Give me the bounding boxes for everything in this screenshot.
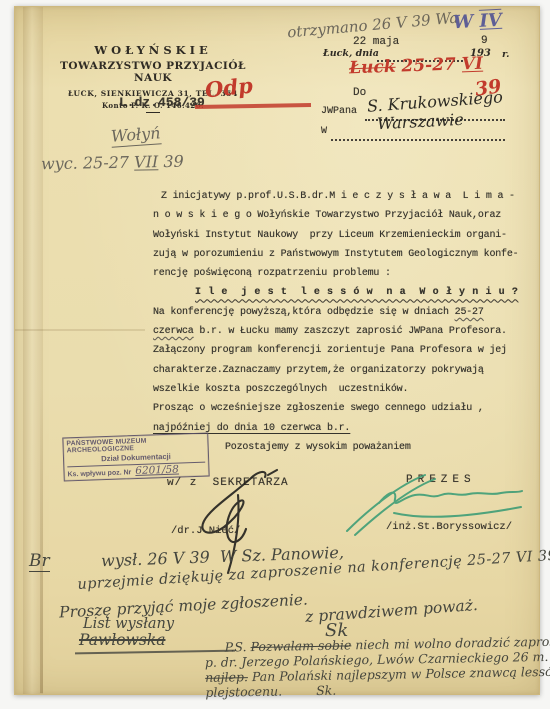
stamp-entry-label: Ks. wpływu poz. Nr xyxy=(67,467,131,478)
addressee-to-label: Do xyxy=(353,87,366,99)
reply-br-mark: Br xyxy=(29,551,50,572)
crossed-note-line2: Pawłowska xyxy=(79,631,165,649)
stamp-entry-number: 6201/58 xyxy=(135,464,179,478)
body-line: charakterze.Zaznaczamy przytem,że organi… xyxy=(153,361,537,380)
body-line: Załączony program konferencji zorientuje… xyxy=(153,341,537,360)
letter-body: Z inicjatywy p.prof.U.S.B.dr.M i e c z y… xyxy=(153,187,537,457)
ps-block: P.S. Pozwalam sobie niech mi wolno dorad… xyxy=(205,634,540,700)
red-date-annotation: Łuck 25-27 VI xyxy=(349,54,484,79)
body-line: n o w s k i e g o Wołyńskie Towarzystwo … xyxy=(153,206,537,225)
scanned-letter-screenshot: { "document": { "letterhead": { "org_lin… xyxy=(0,0,550,709)
body-line: rencję poświęconą rozpatrzeniu problemu … xyxy=(153,264,537,283)
addressee-city-leader xyxy=(331,138,505,141)
pencil-trip-numeral: VII xyxy=(134,152,159,171)
file-mark-prefix: W xyxy=(452,11,480,33)
red-dates: 25-27 xyxy=(395,54,462,76)
red-reply-mark: Odp xyxy=(204,73,254,103)
ps-label: P.S. xyxy=(224,639,250,654)
body-line: wszelkie koszta poszczególnych uczestnik… xyxy=(153,380,537,399)
body-line: Wołyński Instytut Naukowy przy Liceum Kr… xyxy=(153,226,537,245)
pencil-trip-note: wyc. 25-27 VII 39 xyxy=(41,152,184,173)
paper-crease-horizontal xyxy=(15,329,145,331)
ps-struck-word3: najlep. xyxy=(205,669,248,685)
year-typed-digit: 9 xyxy=(481,35,488,47)
addressee-city-handwritten: Warszawie xyxy=(377,110,465,134)
letter-paper: WOŁYŃSKIE TOWARZYSTWO PRZYJACIÓŁ NAUK ŁU… xyxy=(14,6,540,695)
paper-crease-vertical xyxy=(40,387,43,693)
body-question-line: I l e j e s t l e s s ó w n a W o ł y n … xyxy=(153,283,537,302)
body-dates-marked: 25-27 xyxy=(455,307,484,318)
addressee-city-label: W xyxy=(321,126,327,137)
year-suffix: r. xyxy=(502,49,509,60)
typed-date: 22 maja xyxy=(353,36,399,48)
deadline-text: najpóźniej do dnia 10 czerwca b.r. xyxy=(153,423,350,434)
body-line: Z inicjatywy p.prof.U.S.B.dr.M i e c z y… xyxy=(153,187,537,206)
org-name-line1: WOŁYŃSKIE xyxy=(45,43,261,57)
secretary-typed-name: /dr.J.Nieć/ xyxy=(171,525,240,537)
red-month-numeral: VI xyxy=(461,54,483,75)
pencil-trip-year: 39 xyxy=(158,152,184,171)
pencil-trip-prefix: wyc. 25-27 xyxy=(41,153,134,174)
body-line-text: b.r. w Łucku mamy zaszczyt zaprosić JWPa… xyxy=(194,326,507,337)
ps-line4-text: plejstocenu. xyxy=(205,684,282,700)
reference-number: L.dz.458/39 xyxy=(119,95,205,110)
red-place-struck: Łuck xyxy=(349,57,396,79)
pencil-region-note: Wołyń xyxy=(110,123,161,147)
body-line: czerwca b.r. w Łucku mamy zaszczyt zapro… xyxy=(153,322,537,341)
body-deadline-line: najpóźniej do dnia 10 czerwca b.r. xyxy=(153,419,537,438)
body-line-text: Na konferencję powyższą,która odbędzie s… xyxy=(153,307,455,318)
letterhead-divider xyxy=(146,112,160,113)
file-mark-blue: W IV xyxy=(452,10,502,34)
body-month-marked: czerwca xyxy=(153,326,194,337)
body-line: Na konferencję powyższą,która odbędzie s… xyxy=(153,303,537,322)
body-line: Prosząc o wcześniejsze zgłoszenie swego … xyxy=(153,399,537,418)
body-line: zują w porozumieniu z Państwowym Instytu… xyxy=(153,245,537,264)
ps-struck-phrase: Pozwalam sobie xyxy=(250,637,351,654)
addressee-honorific: JWPana xyxy=(321,106,357,117)
crossed-note-line1: List wysłany xyxy=(83,616,174,632)
president-typed-name: /inż.St.Boryssowicz/ xyxy=(386,521,512,533)
file-mark-numeral: IV xyxy=(479,10,502,32)
ps-initials: Sk. xyxy=(316,683,336,698)
body-closing-line: Pozostajemy z wysokim poważaniem xyxy=(153,438,537,457)
